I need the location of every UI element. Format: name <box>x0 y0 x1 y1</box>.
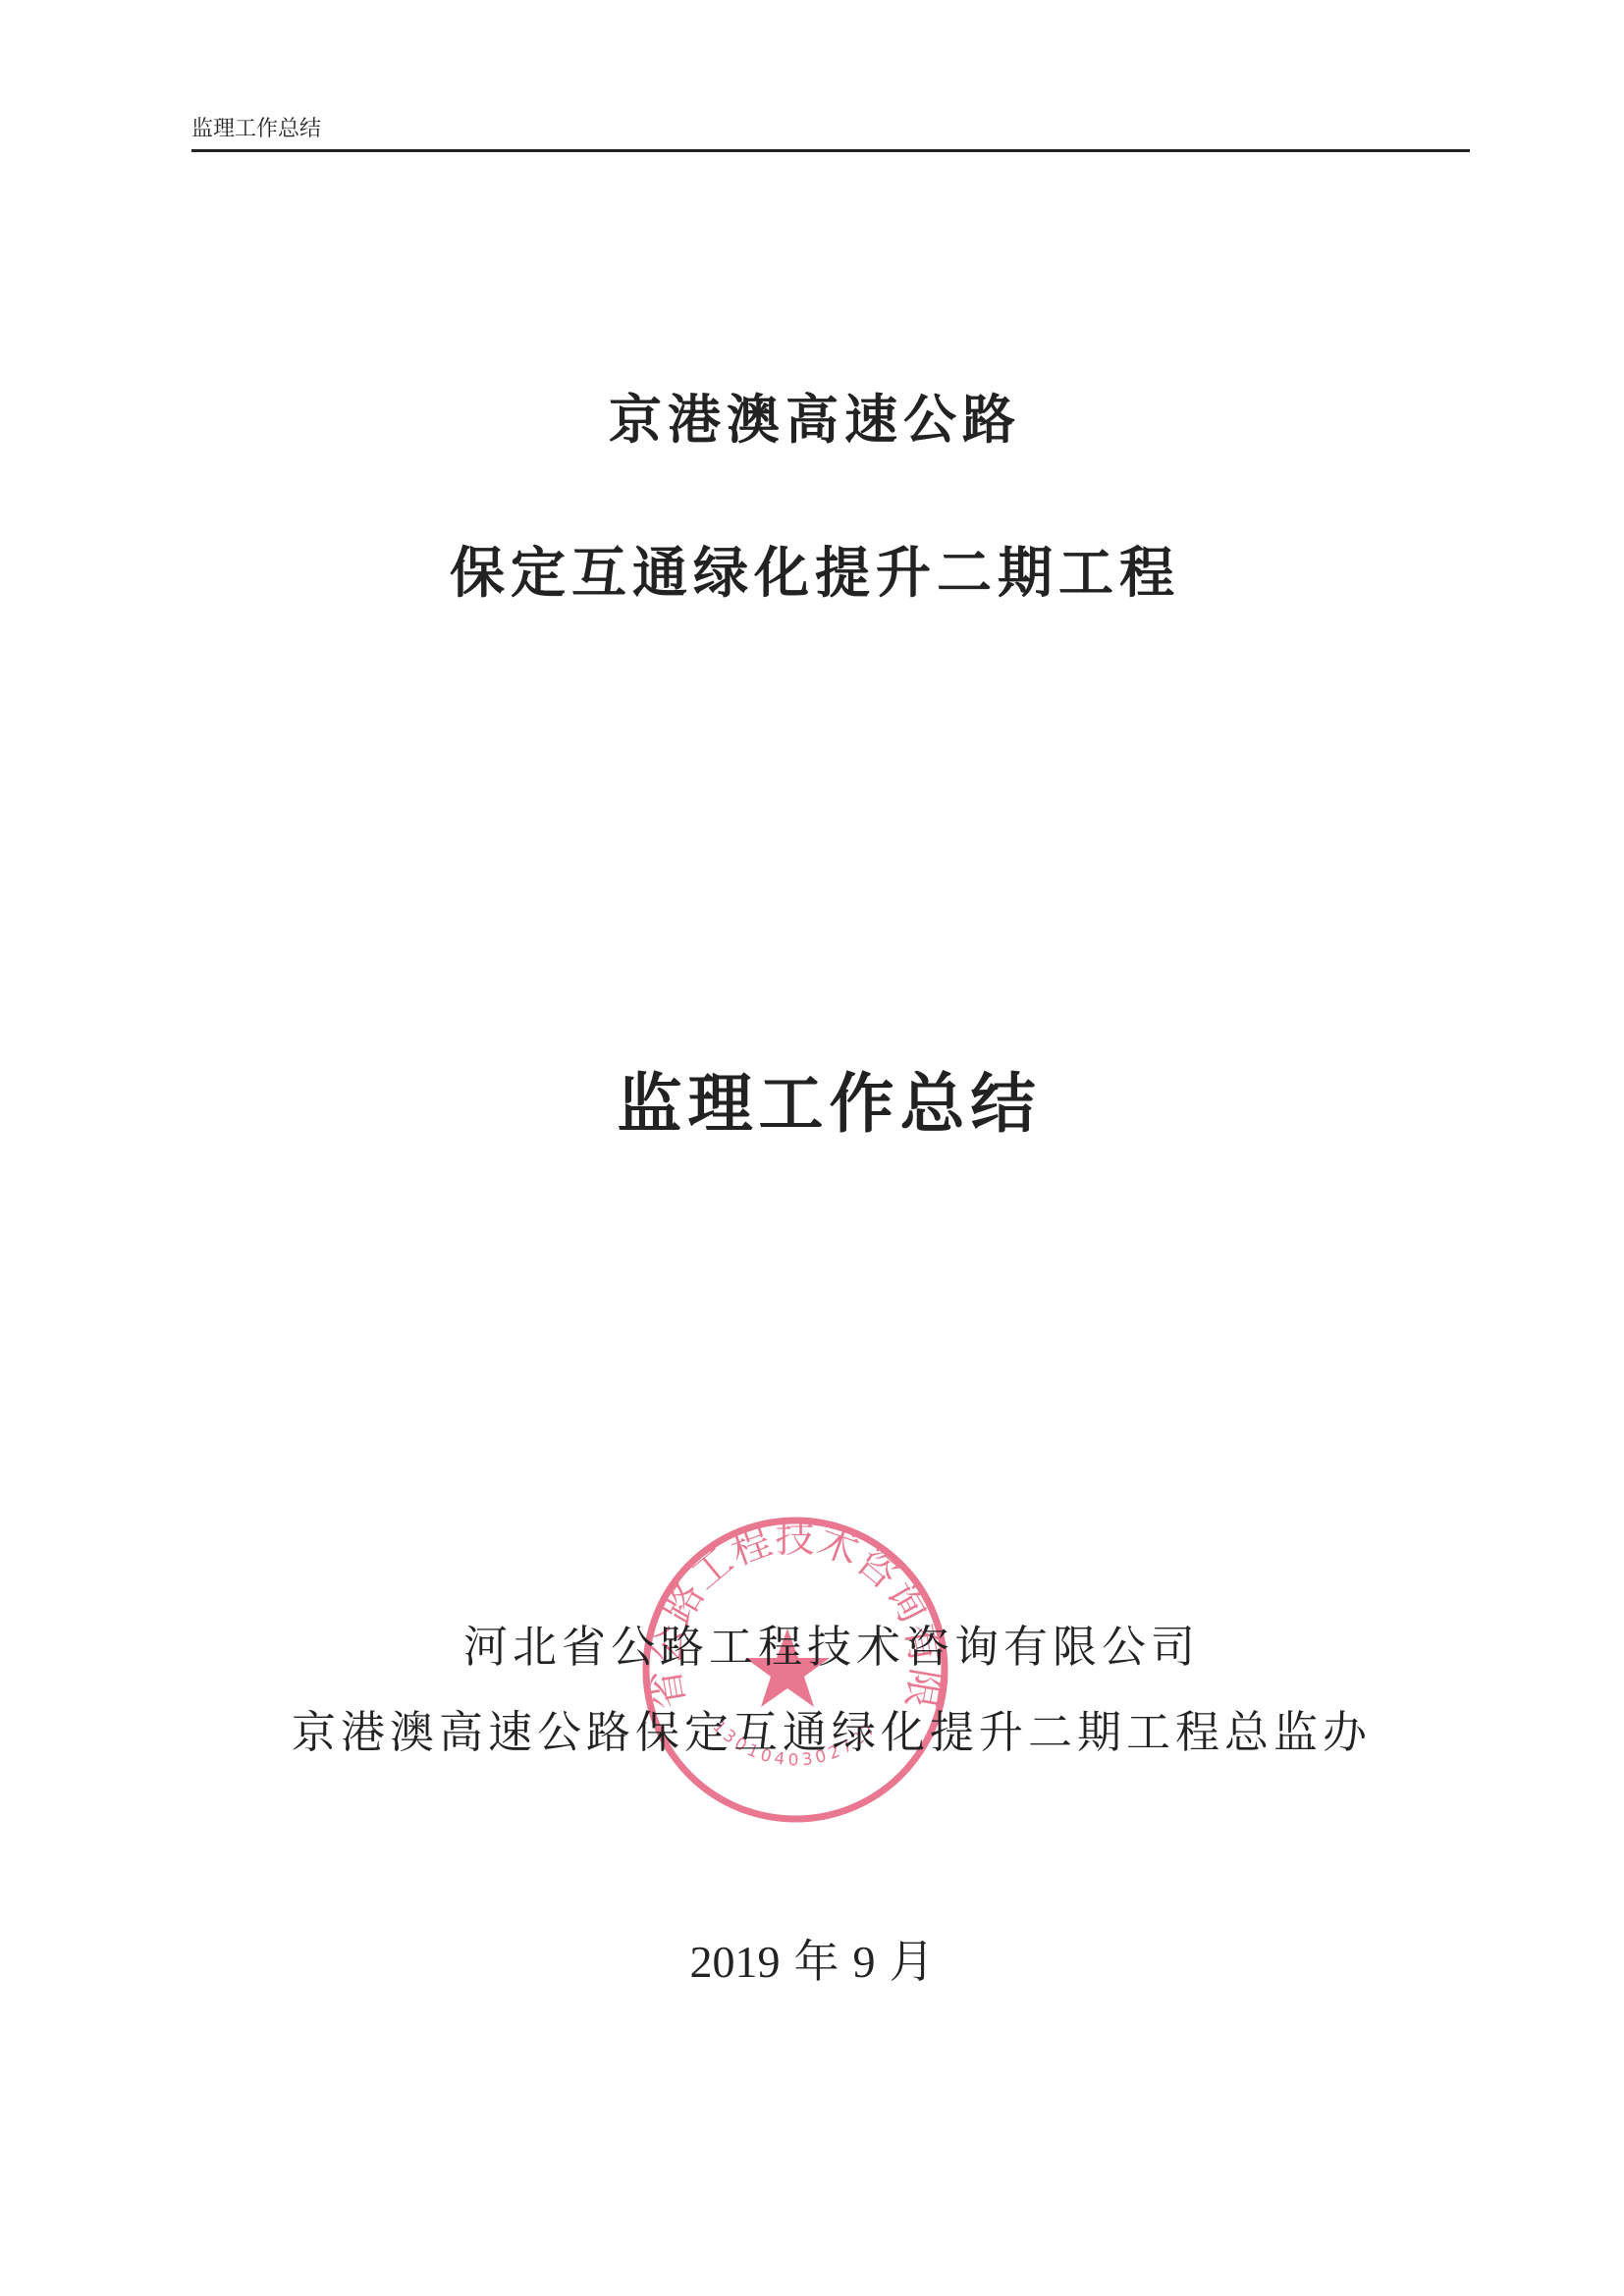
date-month: 9 <box>853 1934 876 1991</box>
supervision-office-name: 京港澳高速公路保定互通绿化提升二期工程总监办 <box>0 1705 1624 1760</box>
company-name: 河北省公路工程技术咨询有限公司 <box>0 1620 1624 1675</box>
date-year: 2019 <box>690 1934 781 1991</box>
header-rule <box>191 149 1470 152</box>
document-type-title: 监理工作总结 <box>0 1063 1624 1146</box>
running-title: 监理工作总结 <box>191 116 321 143</box>
page-header: 监理工作总结 <box>191 112 1470 153</box>
date-month-unit: 月 <box>890 1934 935 1991</box>
date-year-unit: 年 <box>794 1934 839 1991</box>
issue-date: 2019年9月 <box>0 1934 1624 1991</box>
project-title-line-1: 京港澳高速公路 <box>0 388 1624 453</box>
project-title-line-2: 保定互通绿化提升二期工程 <box>0 539 1624 610</box>
